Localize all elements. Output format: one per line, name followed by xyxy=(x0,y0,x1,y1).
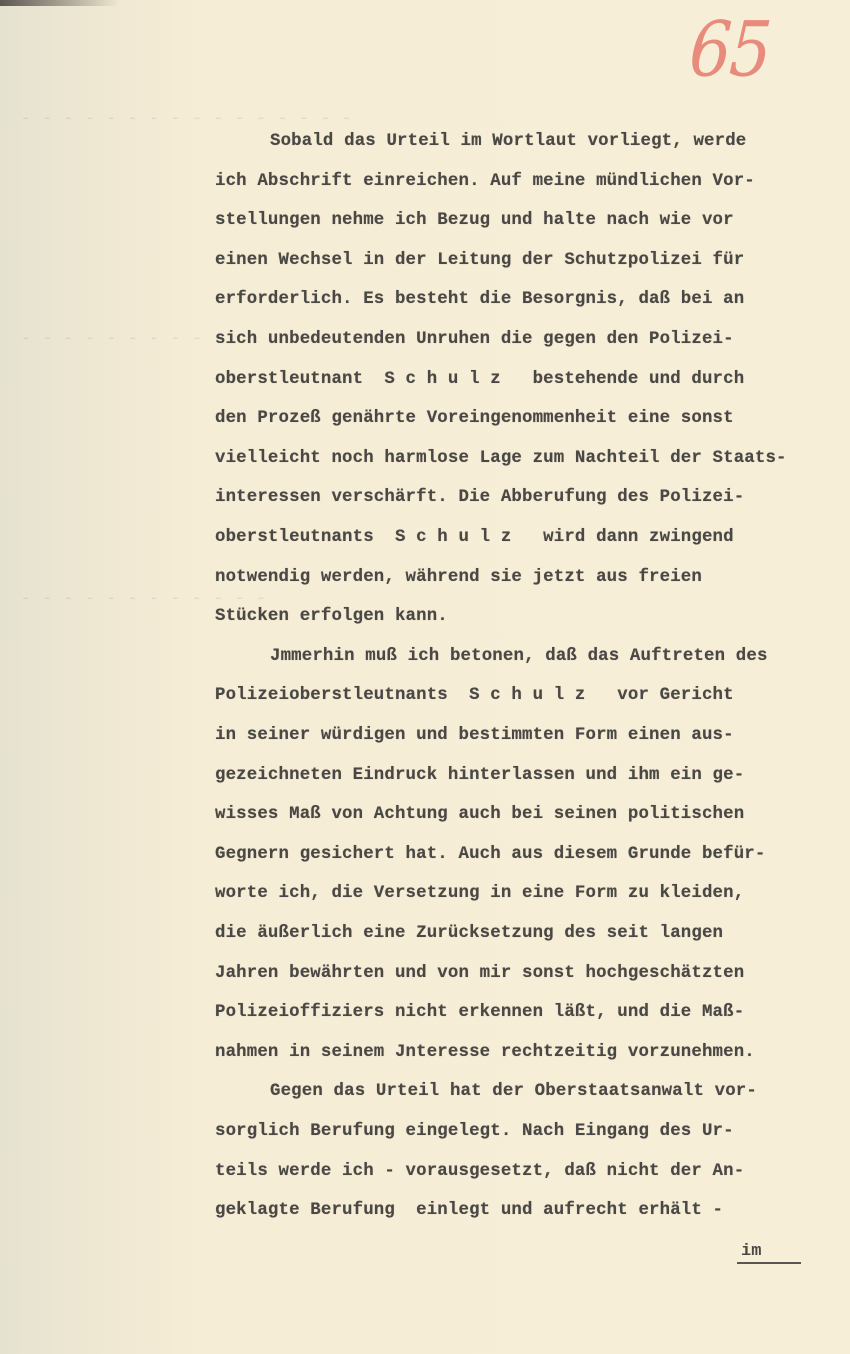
catchword: im xyxy=(741,1243,761,1260)
text-line: oberstleutnant S c h u l z bestehende un… xyxy=(215,371,744,388)
text-line: gezeichneten Eindruck hinterlassen und i… xyxy=(215,767,744,784)
text-line: notwendig werden, während sie jetzt aus … xyxy=(215,569,702,586)
text-line: nahmen in seinem Jnteresse rechtzeitig v… xyxy=(215,1044,755,1061)
text-line: Polizeioffiziers nicht erkennen läßt, un… xyxy=(215,1004,744,1021)
text-line: oberstleutnants S c h u l z wird dann zw… xyxy=(215,529,734,546)
catchword-underline xyxy=(737,1262,801,1264)
text-line: erforderlich. Es besteht die Besorgnis, … xyxy=(215,291,744,308)
text-line: Sobald das Urteil im Wortlaut vorliegt, … xyxy=(270,133,746,150)
text-line: vielleicht noch harmlose Lage zum Nachte… xyxy=(215,450,787,467)
text-line: stellungen nehme ich Bezug und halte nac… xyxy=(215,212,734,229)
page-edge-shadow xyxy=(0,0,120,6)
text-line: Stücken erfolgen kann. xyxy=(215,608,448,625)
text-line: worte ich, die Versetzung in eine Form z… xyxy=(215,885,744,902)
text-line: geklagte Berufung einlegt und aufrecht e… xyxy=(215,1202,723,1219)
text-line: Gegnern gesichert hat. Auch aus diesem G… xyxy=(215,846,765,863)
text-line: ich Abschrift einreichen. Auf meine münd… xyxy=(215,173,755,190)
show-through-text: - - - - - - - - - - - - xyxy=(20,590,266,609)
text-line: den Prozeß genährte Voreingenommenheit e… xyxy=(215,410,734,427)
show-through-text: - - - - - - - - - - xyxy=(20,330,223,349)
text-line: in seiner würdigen und bestimmten Form e… xyxy=(215,727,734,744)
document-page: - - - - - - - - - - - - - - - - - - - - … xyxy=(0,0,850,1354)
text-line: die äußerlich eine Zurücksetzung des sei… xyxy=(215,925,723,942)
text-line: sorglich Berufung eingelegt. Nach Eingan… xyxy=(215,1123,734,1140)
text-line: Jmmerhin muß ich betonen, daß das Auftre… xyxy=(270,648,768,665)
text-line: teils werde ich - vorausgesetzt, daß nic… xyxy=(215,1163,744,1180)
show-through-text: - - - - - - - - - - - - - - - - xyxy=(20,110,352,129)
text-line: wisses Maß von Achtung auch bei seinen p… xyxy=(215,806,744,823)
text-line: Jahren bewährten und von mir sonst hochg… xyxy=(215,965,744,982)
text-line: Polizeioberstleutnants S c h u l z vor G… xyxy=(215,687,734,704)
text-line: Gegen das Urteil hat der Oberstaatsanwal… xyxy=(270,1083,757,1100)
text-line: interessen verschärft. Die Abberufung de… xyxy=(215,489,744,506)
text-line: einen Wechsel in der Leitung der Schutzp… xyxy=(215,252,744,269)
text-line: sich unbedeutenden Unruhen die gegen den… xyxy=(215,331,734,348)
folio-number: 65 xyxy=(687,12,772,88)
